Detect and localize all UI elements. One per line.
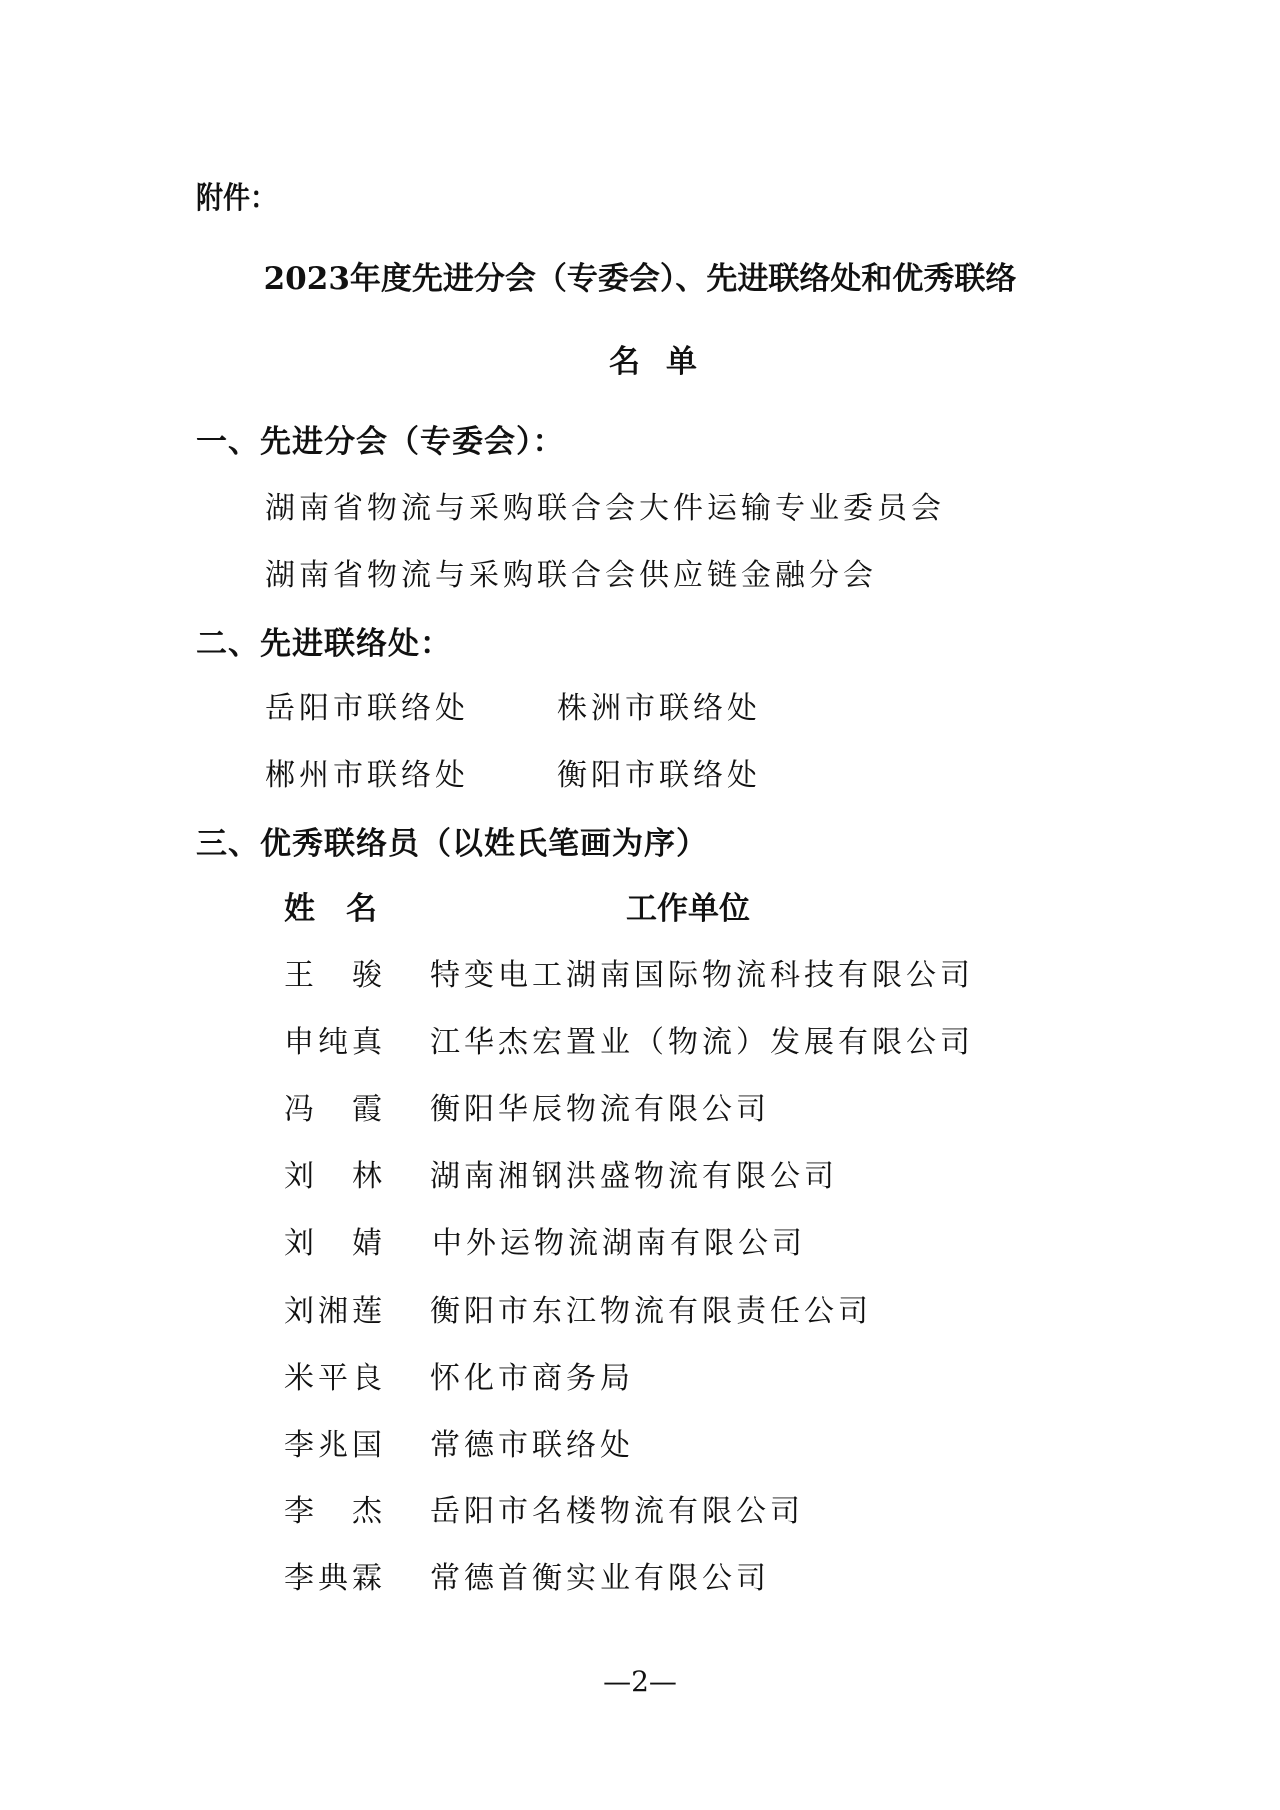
table-row-unit: 江华杰宏置业（物流）发展有限公司 — [430, 1028, 974, 1058]
table-row-name: 刘湘莲 — [284, 1297, 386, 1327]
list-item: 湖南省物流与采购联合会大件运输专业委员会 — [265, 494, 945, 524]
section-heading: 一、先进分会（专委会）： — [196, 427, 565, 458]
section-heading: 二、先进联络处： — [196, 629, 452, 660]
table-row-name: 米平良 — [284, 1364, 386, 1394]
table-row-name: 刘 婧 — [284, 1229, 386, 1259]
list-item: 衡阳市联络处 — [557, 761, 761, 791]
table-row-unit: 衡阳市东江物流有限责任公司 — [430, 1297, 872, 1327]
table-row-unit: 特变电工湖南国际物流科技有限公司 — [430, 961, 974, 991]
document-title: 2023年度先进分会（专委会）、先进联络处和优秀联络 — [0, 264, 1280, 295]
table-row-unit: 湖南湘钢洪盛物流有限公司 — [430, 1162, 838, 1192]
list-item: 株洲市联络处 — [557, 694, 761, 724]
table-row-unit: 常德市联络处 — [430, 1431, 634, 1461]
table-row-unit: 常德首衡实业有限公司 — [430, 1564, 770, 1594]
document-title-line2: 名单 — [0, 347, 1280, 378]
table-row-unit: 怀化市商务局 — [430, 1364, 634, 1394]
section-heading: 三、优秀联络员（以姓氏笔画为序） — [196, 829, 708, 860]
column-header-unit: 工作单位 — [626, 894, 750, 925]
table-row-name: 李 杰 — [284, 1497, 386, 1527]
column-header-name: 姓 名 — [284, 894, 377, 925]
attachment-label: 附件： — [196, 184, 277, 214]
list-item: 郴州市联络处 — [265, 761, 469, 791]
table-row-name: 王 骏 — [284, 961, 386, 991]
table-row-unit: 岳阳市名楼物流有限公司 — [430, 1497, 804, 1527]
table-row-name: 冯 霞 — [284, 1095, 386, 1125]
list-item: 岳阳市联络处 — [265, 694, 469, 724]
page-number: —2— — [0, 1668, 1280, 1696]
table-row-name: 刘 林 — [284, 1162, 386, 1192]
table-row-name: 申纯真 — [284, 1028, 386, 1058]
list-item: 湖南省物流与采购联合会供应链金融分会 — [265, 561, 877, 591]
table-row-name: 李兆国 — [284, 1431, 386, 1461]
table-row-unit: 中外运物流湖南有限公司 — [432, 1229, 806, 1259]
table-row-name: 李典霖 — [284, 1564, 386, 1594]
table-row-unit: 衡阳华辰物流有限公司 — [430, 1095, 770, 1125]
